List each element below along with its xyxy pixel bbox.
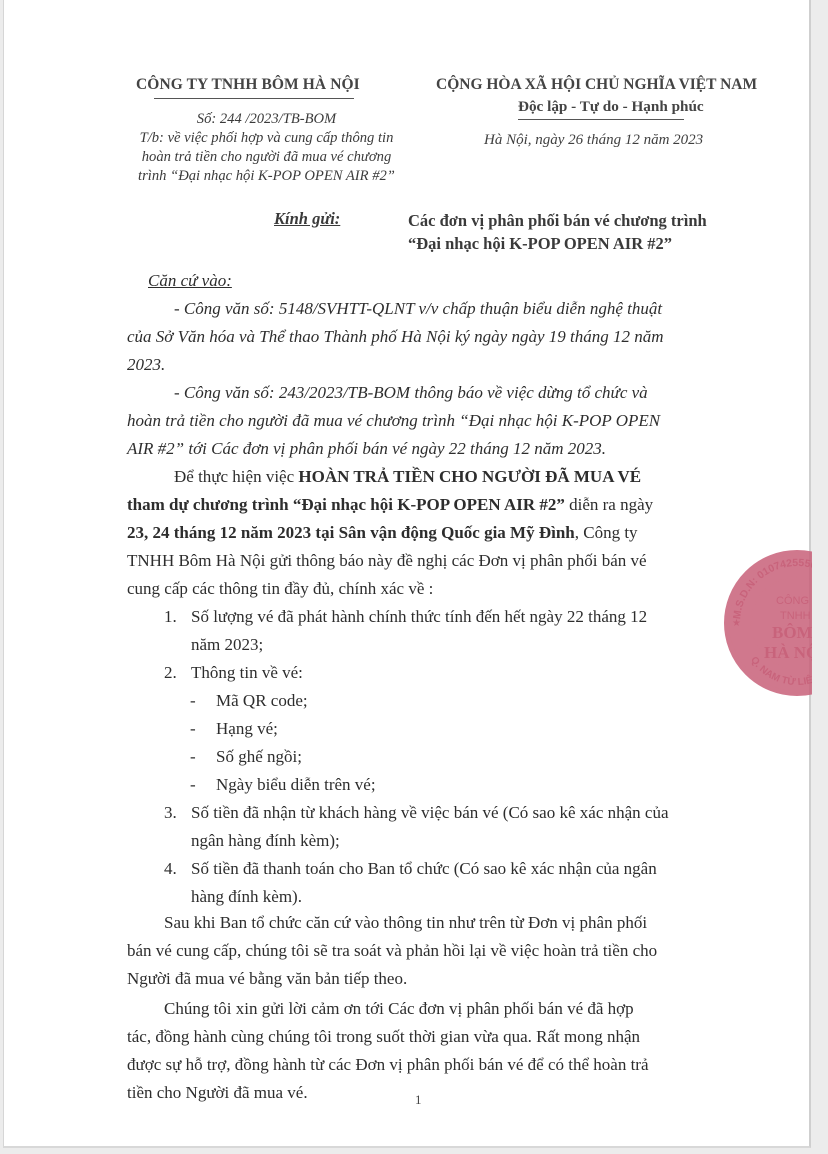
list-item-text: hàng đính kèm). bbox=[191, 883, 302, 911]
purpose-emphasis: HOÀN TRẢ TIỀN CHO NGƯỜI ĐÃ MUA VÉ bbox=[298, 467, 641, 486]
bullet-dash: - bbox=[190, 743, 196, 771]
recipient-line: “Đại nhạc hội K-POP OPEN AIR #2” bbox=[408, 232, 707, 255]
recipient-line: Các đơn vị phân phối bán vé chương trình bbox=[408, 209, 707, 232]
ticket-info-item: Số ghế ngồi; bbox=[216, 743, 302, 771]
subject-line: T/b: về việc phối hợp và cung cấp thông … bbox=[109, 129, 424, 148]
thanks-line: được sự hỗ trợ, đồng hành từ các Đơn vị … bbox=[127, 1051, 649, 1079]
company-underline bbox=[154, 98, 354, 99]
purpose-text: Để thực hiện việc bbox=[174, 467, 298, 486]
basis-1-line: của Sở Văn hóa và Thể thao Thành phố Hà … bbox=[127, 323, 664, 351]
basis-label: Căn cứ vào: bbox=[148, 267, 232, 295]
list-number: 1. bbox=[164, 603, 177, 631]
document-page: CÔNG TY TNHH BÔM HÀ NỘI Số: 244 /2023/TB… bbox=[3, 0, 811, 1148]
national-title: CỘNG HÒA XÃ HỘI CHỦ NGHĨA VIỆT NAM bbox=[436, 76, 757, 94]
bullet-dash: - bbox=[190, 715, 196, 743]
basis-2-line: hoàn trả tiền cho người đã mua vé chương… bbox=[127, 407, 660, 435]
purpose-line: cung cấp các thông tin đầy đủ, chính xác… bbox=[127, 575, 433, 603]
subject-line: hoàn trả tiền cho người đã mua vé chương bbox=[109, 148, 424, 167]
purpose-text: , Công ty bbox=[575, 523, 638, 542]
dateline: Hà Nội, ngày 26 tháng 12 năm 2023 bbox=[484, 132, 703, 149]
ticket-info-item: Ngày biểu diễn trên vé; bbox=[216, 771, 376, 799]
thanks-line: tiền cho Người đã mua vé. bbox=[127, 1079, 308, 1107]
list-item-text: Số tiền đã thanh toán cho Ban tổ chức (C… bbox=[191, 855, 657, 883]
list-item-text: Số tiền đã nhận từ khách hàng về việc bá… bbox=[191, 799, 669, 827]
followup-line: bán vé cung cấp, chúng tôi sẽ tra soát v… bbox=[127, 937, 657, 965]
recipient-block: Các đơn vị phân phối bán vé chương trình… bbox=[408, 209, 707, 255]
followup-line: Sau khi Ban tổ chức căn cứ vào thông tin… bbox=[164, 909, 647, 937]
basis-2-line: - Công văn số: 243/2023/TB-BOM thông báo… bbox=[174, 379, 648, 407]
list-item-text: Thông tin về vé: bbox=[191, 659, 303, 687]
recipient-label: Kính gửi: bbox=[274, 209, 340, 229]
purpose-line: tham dự chương trình “Đại nhạc hội K-POP… bbox=[127, 491, 653, 519]
thanks-line: Chúng tôi xin gửi lời cảm ơn tới Các đơn… bbox=[164, 995, 634, 1023]
purpose-text: diễn ra ngày bbox=[565, 495, 653, 514]
list-item-text: Số lượng vé đã phát hành chính thức tính… bbox=[191, 603, 647, 631]
list-item-text: năm 2023; bbox=[191, 631, 263, 659]
list-number: 4. bbox=[164, 855, 177, 883]
reference-block: Số: 244 /2023/TB-BOM T/b: về việc phối h… bbox=[109, 110, 424, 186]
purpose-line: 23, 24 tháng 12 năm 2023 tại Sân vận độn… bbox=[127, 519, 638, 547]
page-number: 1 bbox=[415, 1092, 422, 1108]
basis-2-line: AIR #2” tới Các đơn vị phân phối bán vé … bbox=[127, 435, 606, 463]
company-name: CÔNG TY TNHH BÔM HÀ NỘI bbox=[136, 76, 360, 94]
basis-1-line: - Công văn số: 5148/SVHTT-QLNT v/v chấp … bbox=[174, 295, 662, 323]
followup-line: Người đã mua vé bằng văn bản tiếp theo. bbox=[127, 965, 407, 993]
bullet-dash: - bbox=[190, 687, 196, 715]
list-number: 2. bbox=[164, 659, 177, 687]
purpose-line: Để thực hiện việc HOÀN TRẢ TIỀN CHO NGƯỜ… bbox=[174, 463, 641, 491]
purpose-line: TNHH Bôm Hà Nội gửi thông báo này đề ngh… bbox=[127, 547, 647, 575]
thanks-line: tác, đồng hành cùng chúng tôi trong suốt… bbox=[127, 1023, 640, 1051]
reference-number: Số: 244 /2023/TB-BOM bbox=[109, 110, 424, 129]
motto-underline bbox=[518, 119, 684, 120]
purpose-emphasis: tham dự chương trình “Đại nhạc hội K-POP… bbox=[127, 495, 565, 514]
purpose-emphasis: 23, 24 tháng 12 năm 2023 tại Sân vận độn… bbox=[127, 523, 575, 542]
basis-1-line: 2023. bbox=[127, 351, 165, 379]
list-item-text: ngân hàng đính kèm); bbox=[191, 827, 340, 855]
ticket-info-item: Hạng vé; bbox=[216, 715, 278, 743]
ticket-info-item: Mã QR code; bbox=[216, 687, 308, 715]
national-motto: Độc lập - Tự do - Hạnh phúc bbox=[518, 98, 704, 116]
bullet-dash: - bbox=[190, 771, 196, 799]
subject-line: trình “Đại nhạc hội K-POP OPEN AIR #2” bbox=[109, 167, 424, 186]
list-number: 3. bbox=[164, 799, 177, 827]
